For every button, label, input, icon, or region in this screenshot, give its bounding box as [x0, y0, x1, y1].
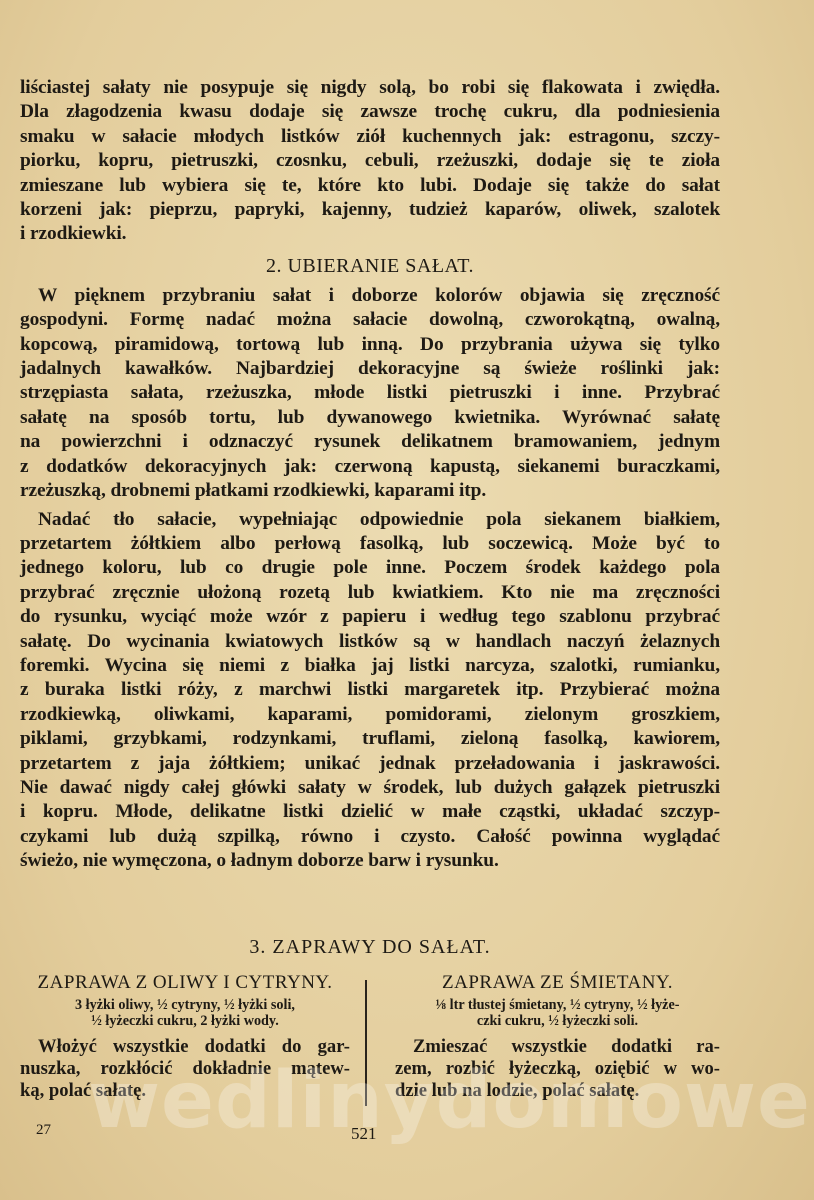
instruction-line: Zmieszać wszystkie dodatki ra-: [395, 1036, 720, 1058]
recipe-oil-lemon: ZAPRAWA Z OLIWY I CYTRYNY. 3 łyżki oliwy…: [20, 972, 350, 1102]
ingredient-line: ⅛ ltr tłustej śmietany, ½ cytryny, ½ łyż…: [395, 997, 720, 1013]
text-line: liściastej sałaty nie posypuje się nigdy…: [20, 76, 720, 100]
recipe-instructions: Zmieszać wszystkie dodatki ra- zem, rozb…: [395, 1036, 720, 1102]
text-line: Nie dawać nigdy całej główki sałaty w śr…: [20, 776, 720, 800]
text-line: gospodyni. Formę nadać można sałacie dow…: [20, 308, 720, 332]
text-line: świeżo, nie wymęczona, o ładnym doborze …: [20, 849, 720, 873]
recipe-instructions: Włożyć wszystkie dodatki do gar- nuszka,…: [20, 1036, 350, 1102]
intro-paragraph: liściastej sałaty nie posypuje się nigdy…: [20, 76, 720, 247]
text-line: czykami lub dużą szpilką, równo i czysto…: [20, 825, 720, 849]
text-line: rzeżuszką, drobnemi płatkami rzodkiewki,…: [20, 479, 720, 503]
text-line: Dla złagodzenia kwasu dodaje się zawsze …: [20, 100, 720, 124]
text-line: sałatę. Do wycinania kwiatowych listków …: [20, 630, 720, 654]
text-line: do rysunku, wyciąć może wzór z papieru i…: [20, 605, 720, 629]
text-line: smaku w sałacie młodych listków ziół kuc…: [20, 125, 720, 149]
section2-paragraph-2: Nadać tło sałacie, wypełniając odpowiedn…: [20, 508, 720, 874]
text-line: jednego koloru, lub co drugie pole inne.…: [20, 556, 720, 580]
column-divider: [365, 980, 367, 1106]
recipe-title: ZAPRAWA Z OLIWY I CYTRYNY.: [20, 972, 350, 994]
ingredient-line: ½ łyżeczki cukru, 2 łyżki wody.: [20, 1013, 350, 1029]
instruction-line: ką, polać sałatę.: [20, 1080, 350, 1102]
recipe-title: ZAPRAWA ZE ŚMIETANY.: [395, 972, 720, 994]
recipe-ingredients: 3 łyżki oliwy, ½ cytryny, ½ łyżki soli, …: [20, 997, 350, 1029]
text-line: sałatę na sposób tortu, lub dywanowego k…: [20, 406, 720, 430]
text-line: z buraka listki róży, z marchwi listki m…: [20, 678, 720, 702]
text-line: korzeni jak: pieprzu, papryki, kajenny, …: [20, 198, 720, 222]
page-number: 521: [351, 1124, 377, 1144]
ingredient-line: czki cukru, ½ łyżeczki soli.: [395, 1013, 720, 1029]
text-line: piklami, grzybkami, rodzynkami, truflami…: [20, 727, 720, 751]
text-line: rzodkiewką, oliwkami, kaparami, pomidora…: [20, 703, 720, 727]
text-line: przybrać zręcznie ułożoną rozetą lub kwi…: [20, 581, 720, 605]
text-line: i kopru. Młode, delikatne listki dzielić…: [20, 800, 720, 824]
recipe-ingredients: ⅛ ltr tłustej śmietany, ½ cytryny, ½ łyż…: [395, 997, 720, 1029]
instruction-line: dzie lub na lodzie, polać sałatę.: [395, 1080, 720, 1102]
ingredient-line: 3 łyżki oliwy, ½ cytryny, ½ łyżki soli,: [20, 997, 350, 1013]
text-line: Nadać tło sałacie, wypełniając odpowiedn…: [20, 508, 720, 532]
instruction-line: nuszka, rozkłócić dokładnie mątew-: [20, 1058, 350, 1080]
text-line: kopcową, piramidową, tortową lub inną. D…: [20, 333, 720, 357]
text-line: z dodatków dekoracyjnych jak: czerwoną k…: [20, 455, 720, 479]
text-line: przetartem z jaja żółtkiem; unikać jedna…: [20, 752, 720, 776]
text-line: przetartem żółtkiem albo perłową fasolką…: [20, 532, 720, 556]
text-line: foremki. Wycina się niemi z białka jaj l…: [20, 654, 720, 678]
instruction-line: Włożyć wszystkie dodatki do gar-: [20, 1036, 350, 1058]
recipe-cream: ZAPRAWA ZE ŚMIETANY. ⅛ ltr tłustej śmiet…: [395, 972, 720, 1102]
signature-mark: 27: [36, 1122, 51, 1139]
text-line: jadalnych kawałków. Najbardziej dekoracy…: [20, 357, 720, 381]
text-line: strzępiasta sałata, rzeżuszka, młode lis…: [20, 381, 720, 405]
text-line: piorku, kopru, pietruszki, czosnku, cebu…: [20, 149, 720, 173]
section-heading-ubieranie: 2. UBIERANIE SAŁAT.: [20, 255, 720, 278]
text-line: zmieszane lub wybiera się te, które kto …: [20, 174, 720, 198]
text-line: na powierzchni i odznaczyć rysunek delik…: [20, 430, 720, 454]
text-line: W pięknem przybraniu sałat i doborze kol…: [20, 284, 720, 308]
book-page: liściastej sałaty nie posypuje się nigdy…: [20, 76, 720, 874]
text-line: i rzodkiewki.: [20, 222, 720, 246]
section-heading-zaprawy: 3. ZAPRAWY DO SAŁAT.: [20, 936, 720, 959]
section2-paragraph-1: W pięknem przybraniu sałat i doborze kol…: [20, 284, 720, 504]
instruction-line: zem, rozbić łyżeczką, oziębić w wo-: [395, 1058, 720, 1080]
